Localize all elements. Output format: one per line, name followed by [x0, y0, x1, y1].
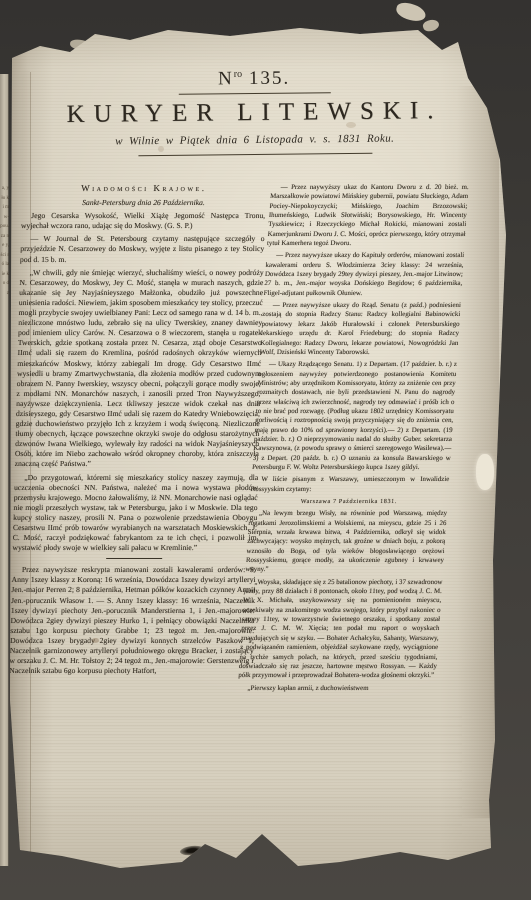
- letter-dateline: Warszawa 7 Października 1831.: [250, 497, 449, 506]
- ink-blot: [180, 845, 205, 857]
- article-paragraph: — Przez naywyższy ukaz do Kantoru Dworu …: [267, 183, 469, 248]
- article-paragraph: „W chwili, gdy nie śmiejąc wierzyć, słuc…: [14, 268, 263, 470]
- column-right: — Przez naywyższy ukaz do Kantoru Dworu …: [231, 183, 469, 787]
- article-paragraph: Jego Cesarska Wysokość, Wielki Xiążę Jeg…: [21, 211, 266, 231]
- article-paragraph: — Przez naywyższe ukazy do Rząd. Senatu …: [259, 301, 461, 357]
- column-left: Wiadomości Krajowe. Sankt-Petersburg dni…: [6, 183, 266, 787]
- article-columns: Wiadomości Krajowe. Sankt-Petersburg dni…: [8, 183, 509, 791]
- neighbor-page-edge: a, y ło ki m w- pou. za ne y, ści ró la …: [0, 74, 9, 866]
- letter-intro: W liście pisanym z Warszawy, umieszczony…: [250, 475, 449, 494]
- newspaper-title: KURYER LITEWSKI.: [16, 97, 493, 130]
- torn-paper-fragment: [422, 18, 441, 33]
- issue-number: Nro 135.: [16, 66, 493, 93]
- torn-paper-fragment: [395, 1, 428, 24]
- article-paragraph: „Na lewym brzegu Wisły, na równinie pod …: [245, 509, 447, 574]
- article-paragraph: — Przez naywyższe ukazy do Kapituły orde…: [263, 251, 464, 298]
- torn-edge-tuft: [476, 454, 494, 490]
- article-paragraph: — Ukazy Rządzącego Senatu. 1) z Departam…: [252, 360, 457, 472]
- article-separator: [106, 558, 162, 559]
- stain: [346, 122, 356, 128]
- article-paragraph: Przez naywyższe reskrypta mianowani zost…: [9, 565, 256, 676]
- article-dateline: Sankt-Petersburg dnia 26 Października.: [21, 198, 265, 208]
- article-paragraph: „Pierwszy kapłan armii, z duchowieństwem: [237, 684, 436, 693]
- section-heading: Wiadomości Krajowe.: [22, 183, 266, 193]
- article-paragraph: „Woyska, składające się z 25 batalionow …: [238, 578, 443, 681]
- newspaper-page: Nro 135. KURYER LITEWSKI. w Wilnie w Pią…: [8, 26, 509, 878]
- stain: [158, 146, 164, 152]
- article-paragraph: — W Journal de St. Petersbourg czytamy n…: [20, 234, 265, 264]
- masthead: Nro 135. KURYER LITEWSKI. w Wilnie w Pią…: [16, 66, 494, 163]
- masthead-rule-top: [178, 92, 330, 95]
- stain: [92, 638, 99, 643]
- article-paragraph: „Do przygotowań, któremi się mieszkańcy …: [12, 473, 258, 554]
- masthead-dateline: w Wilnie w Piątek dnia 6 Listopada v. s.…: [16, 132, 493, 149]
- masthead-rule-bottom: [138, 153, 372, 156]
